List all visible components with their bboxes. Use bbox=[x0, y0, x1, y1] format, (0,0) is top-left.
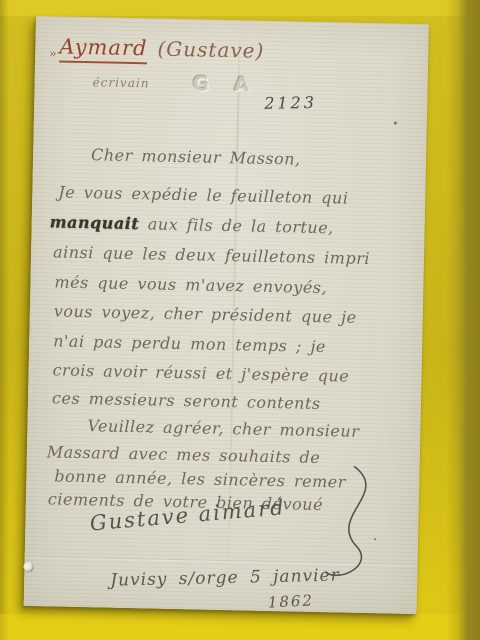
letter-line: més que vous m'avez envoyés, bbox=[54, 272, 327, 297]
letter-line-rest: aux fils de la tortue, bbox=[139, 214, 334, 237]
heavily-inked-word: manquait bbox=[49, 212, 139, 233]
background-left-shadow bbox=[0, 0, 9, 640]
embossed-stamp: G A bbox=[192, 71, 258, 96]
punch-hole bbox=[23, 562, 32, 571]
author-profession: écrivain bbox=[92, 75, 149, 90]
letter-line: bonne année, les sincères remer bbox=[54, 466, 346, 491]
place-and-date: Juvisy s/orge 5 janvier bbox=[110, 565, 340, 590]
background-highlight bbox=[0, 0, 480, 16]
letter-greeting: Cher monsieur Masson, bbox=[91, 145, 301, 168]
background-bottom-glow bbox=[0, 614, 480, 640]
letter-line: Massard avec mes souhaits de bbox=[47, 442, 321, 467]
archival-heading: Aymard (Gustave) bbox=[59, 34, 264, 62]
letter-line: n'ai pas perdu mon temps ; je bbox=[53, 331, 326, 356]
date-year: 1862 bbox=[267, 591, 314, 611]
letter-line: Je vous expédie le feuilleton qui bbox=[58, 183, 349, 208]
letter-line: Veuillez agréer, cher monsieur bbox=[87, 416, 359, 441]
inventory-number: 2123 bbox=[264, 93, 317, 113]
ink-speck bbox=[394, 122, 397, 125]
author-name: Aymard bbox=[59, 34, 148, 64]
author-firstname: (Gustave) bbox=[157, 37, 264, 63]
letter-line: crois avoir réussi et j'espère que bbox=[52, 360, 349, 385]
background-right-shadow bbox=[446, 0, 480, 640]
letter-line: vous voyez, cher président que je bbox=[54, 301, 357, 326]
letter-line: manquait aux fils de la tortue, bbox=[49, 212, 333, 237]
letter-line: ces messieurs seront contents bbox=[52, 388, 321, 413]
letter-paper: » Aymard (Gustave) écrivain G A 2123 Che… bbox=[24, 16, 429, 614]
margin-mark: » bbox=[49, 46, 57, 60]
letter-line: ainsi que les deux feuilletons impri bbox=[53, 242, 370, 268]
